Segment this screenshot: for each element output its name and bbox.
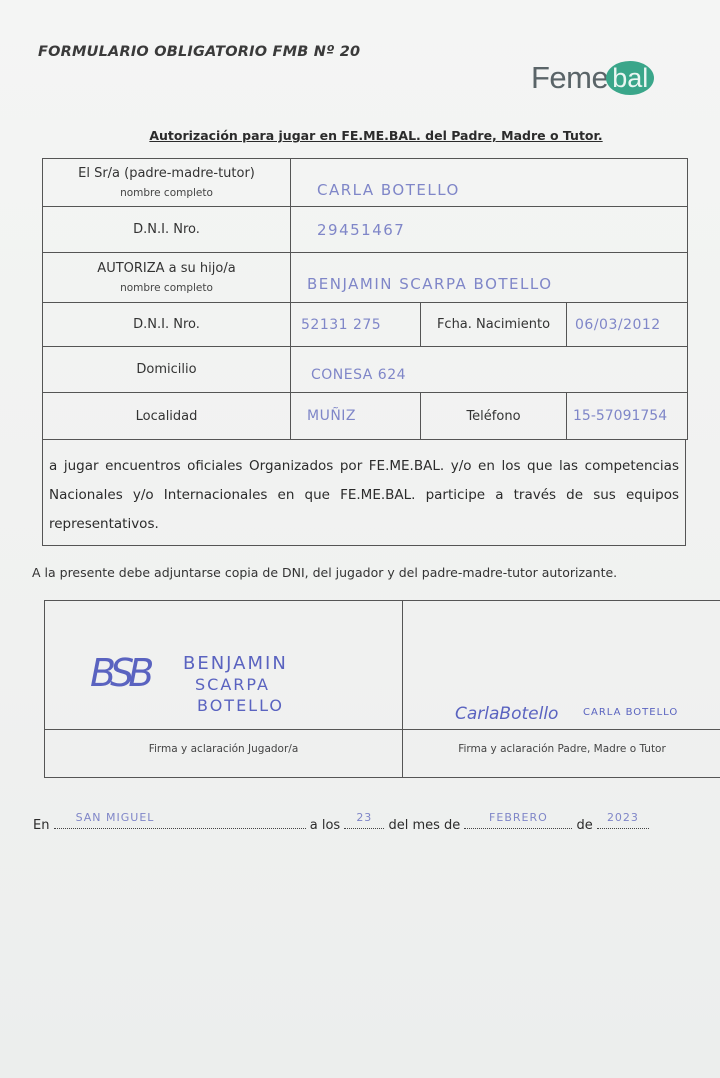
locality-field[interactable]: MUÑIZ xyxy=(291,393,421,439)
parent-dni-label: D.N.I. Nro. xyxy=(133,222,200,237)
child-dni-field[interactable]: 52131 275 xyxy=(291,303,421,346)
phone-label-cell: Teléfono xyxy=(421,393,567,439)
address-field[interactable]: CONESA 624 xyxy=(291,347,687,392)
player-name-line-1: BENJAMIN xyxy=(183,653,288,674)
form-page: FORMULARIO OBLIGATORIO FMB Nº 20 Femebal… xyxy=(0,0,720,1078)
parent-dni-label-cell: D.N.I. Nro. xyxy=(43,207,291,252)
player-signature-divider xyxy=(45,729,402,730)
attachment-notice: A la presente debe adjuntarse copia de D… xyxy=(32,565,617,580)
player-name-line-2: SCARPA xyxy=(183,674,288,695)
day-value: 23 xyxy=(344,811,384,824)
authorization-table: El Sr/a (padre-madre-tutor) nombre compl… xyxy=(42,158,688,440)
parent-label: El Sr/a (padre-madre-tutor) xyxy=(78,166,255,181)
parent-name-field[interactable]: CARLA BOTELLO xyxy=(291,159,687,206)
address-label: Domicilio xyxy=(136,362,196,377)
parent-name-value: CARLA BOTELLO xyxy=(291,167,460,199)
year-label: de xyxy=(577,818,593,833)
signature-table: BSB BENJAMIN SCARPA BOTELLO Firma y acla… xyxy=(44,600,720,778)
year-field[interactable]: 2023 xyxy=(597,816,649,829)
birth-date-label: Fcha. Nacimiento xyxy=(437,317,550,332)
child-name-row: AUTORIZA a su hijo/a nombre completo BEN… xyxy=(43,253,687,303)
player-printed-name: BENJAMIN SCARPA BOTELLO xyxy=(183,653,288,716)
parent-name-label-cell: El Sr/a (padre-madre-tutor) nombre compl… xyxy=(43,159,291,206)
day-label: a los xyxy=(310,818,340,833)
place-date-line: En SAN MIGUEL a los 23 del mes de FEBRER… xyxy=(33,816,649,833)
child-dni-label: D.N.I. Nro. xyxy=(133,317,200,332)
locality-value: MUÑIZ xyxy=(291,408,356,424)
authorization-declaration: a jugar encuentros oficiales Organizados… xyxy=(42,440,686,546)
child-dni-label-cell: D.N.I. Nro. xyxy=(43,303,291,346)
parent-dni-row: D.N.I. Nro. 29451467 xyxy=(43,207,687,253)
parent-signature: CarlaBotello xyxy=(455,704,558,724)
parent-printed-name: CARLA BOTELLO xyxy=(583,707,678,718)
month-field[interactable]: FEBRERO xyxy=(464,816,572,829)
child-dni-row: D.N.I. Nro. 52131 275 Fcha. Nacimiento 0… xyxy=(43,303,687,347)
locality-row: Localidad MUÑIZ Teléfono 15-57091754 xyxy=(43,393,687,440)
player-signature-caption: Firma y aclaración Jugador/a xyxy=(45,743,402,755)
player-name-line-3: BOTELLO xyxy=(183,695,288,716)
parent-dni-field[interactable]: 29451467 xyxy=(291,207,687,252)
day-field[interactable]: 23 xyxy=(344,816,384,829)
address-row: Domicilio CONESA 624 xyxy=(43,347,687,393)
parent-name-row: El Sr/a (padre-madre-tutor) nombre compl… xyxy=(43,159,687,207)
child-name-field[interactable]: BENJAMIN SCARPA BOTELLO xyxy=(291,253,687,302)
logo-text: Feme xyxy=(531,60,608,96)
child-label: AUTORIZA a su hijo/a xyxy=(97,261,235,276)
logo-badge: bal xyxy=(606,61,654,95)
parent-signature-box[interactable]: CarlaBotello CARLA BOTELLO Firma y aclar… xyxy=(403,601,720,777)
phone-value: 15-57091754 xyxy=(567,408,667,424)
player-initials-signature: BSB xyxy=(90,651,148,695)
parent-signature-divider xyxy=(403,729,720,730)
month-value: FEBRERO xyxy=(464,811,572,824)
femebal-logo: Femebal xyxy=(531,58,654,98)
parent-sublabel: nombre completo xyxy=(120,187,213,199)
child-name-label-cell: AUTORIZA a su hijo/a nombre completo xyxy=(43,253,291,302)
birth-date-label-cell: Fcha. Nacimiento xyxy=(421,303,567,346)
phone-field[interactable]: 15-57091754 xyxy=(567,393,687,439)
player-signature-box[interactable]: BSB BENJAMIN SCARPA BOTELLO Firma y acla… xyxy=(45,601,403,777)
place-value: SAN MIGUEL xyxy=(54,811,306,824)
month-label: del mes de xyxy=(388,818,460,833)
locality-label: Localidad xyxy=(136,409,198,424)
phone-label: Teléfono xyxy=(466,409,520,424)
child-dni-value: 52131 275 xyxy=(291,317,381,333)
year-value: 2023 xyxy=(597,811,649,824)
address-label-cell: Domicilio xyxy=(43,347,291,392)
child-name-value: BENJAMIN SCARPA BOTELLO xyxy=(291,263,553,293)
birth-date-value: 06/03/2012 xyxy=(567,317,661,333)
parent-dni-value: 29451467 xyxy=(291,221,405,239)
place-field[interactable]: SAN MIGUEL xyxy=(54,816,306,829)
parent-signature-caption: Firma y aclaración Padre, Madre o Tutor xyxy=(403,743,720,755)
locality-label-cell: Localidad xyxy=(43,393,291,439)
en-label: En xyxy=(33,818,49,833)
form-code: FORMULARIO OBLIGATORIO FMB Nº 20 xyxy=(38,44,360,60)
birth-date-field[interactable]: 06/03/2012 xyxy=(567,303,687,346)
child-sublabel: nombre completo xyxy=(120,282,213,294)
address-value: CONESA 624 xyxy=(291,357,406,383)
form-title: Autorización para jugar en FE.ME.BAL. de… xyxy=(0,128,720,143)
